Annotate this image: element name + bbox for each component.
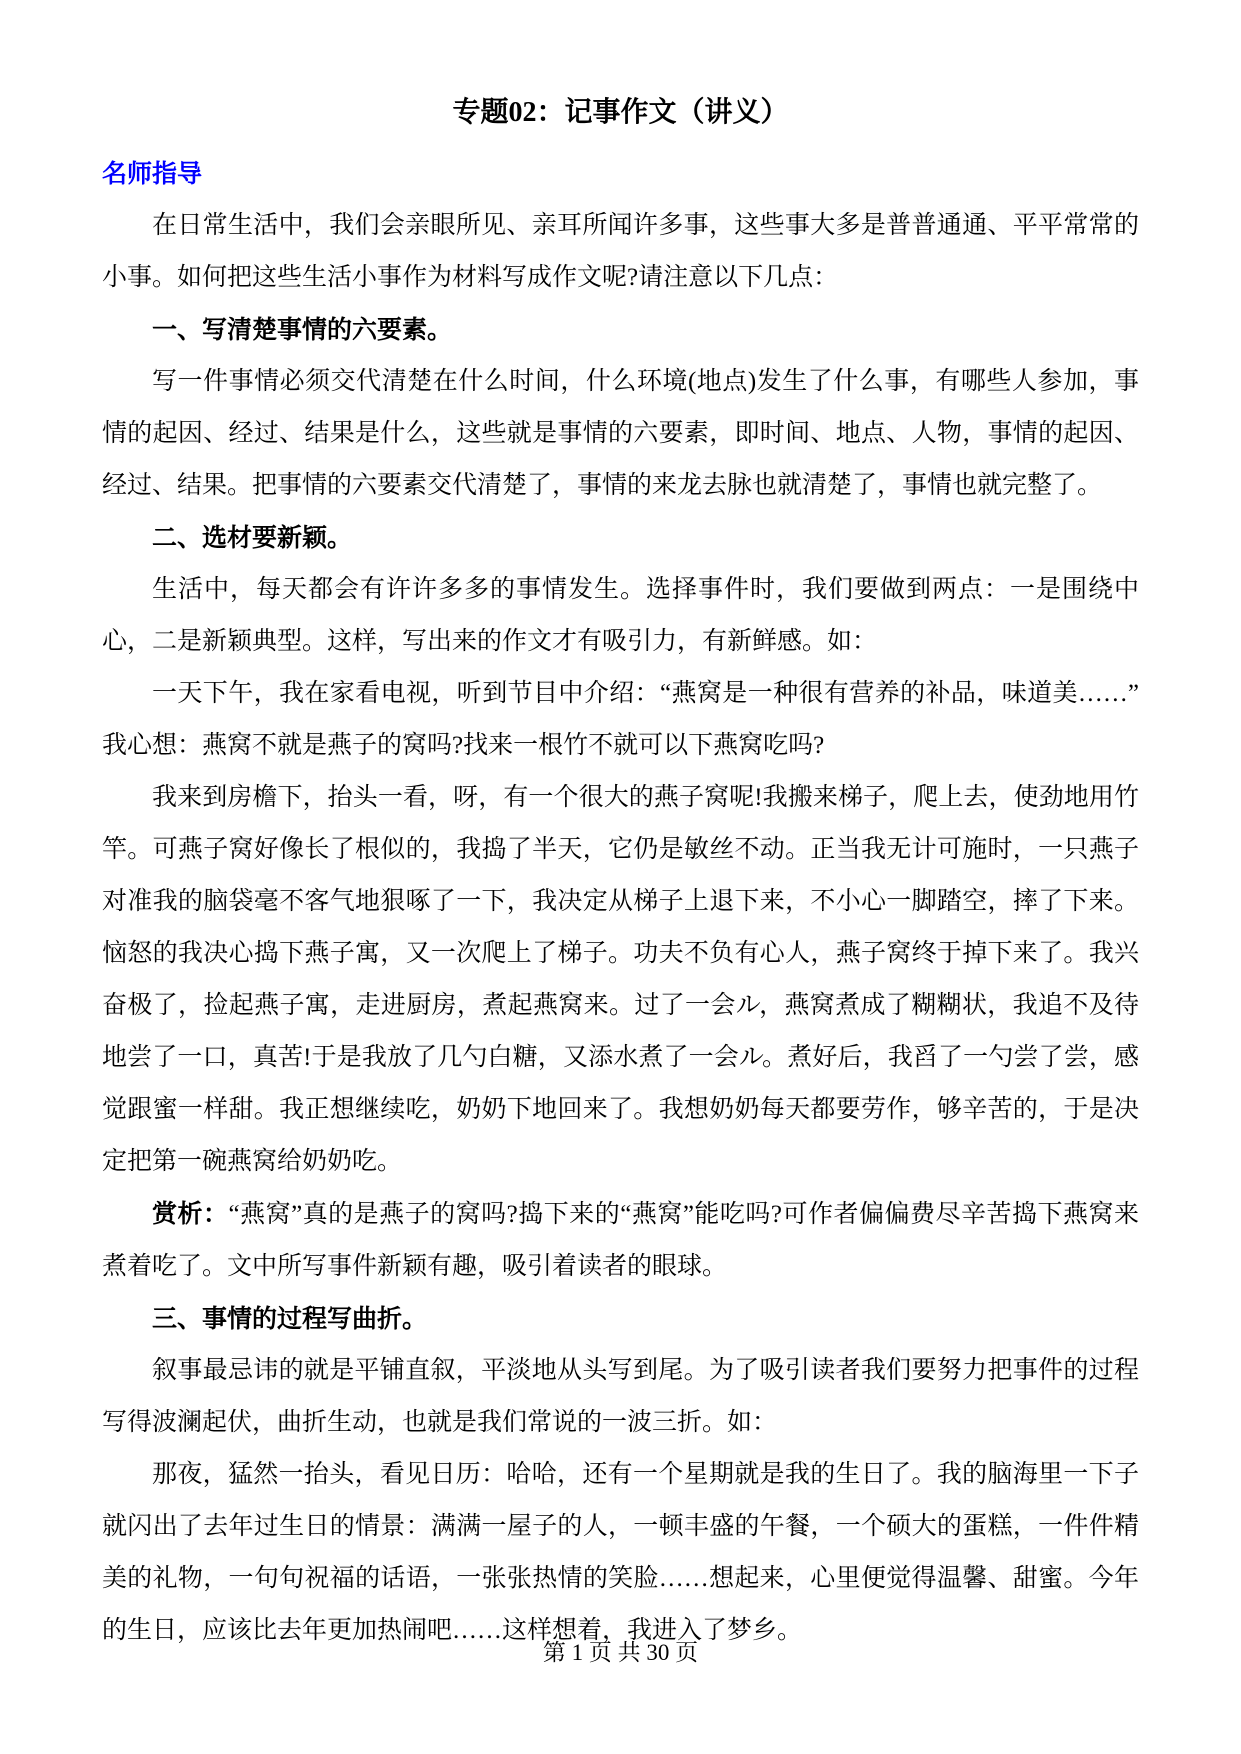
page-footer: 第 1 页 共 30 页 (102, 1638, 1139, 1668)
paragraph-example-swallow-nest-intro: 一天下午，我在家看电视，听到节目中介绍：“燕窝是一种很有营养的补品，味道美……”… (102, 668, 1139, 772)
paragraph-intro: 在日常生活中，我们会亲眼所见、亲耳所闻许多事，这些事大多是普普通通、平平常常的小… (102, 200, 1139, 304)
analysis-lead-label: 赏析： (152, 1200, 229, 1228)
paragraph-six-elements: 写一件事情必须交代清楚在什么时间，什么环境(地点)发生了什么事，有哪些人参加，事… (102, 356, 1139, 512)
section-heading-1: 一、写清楚事情的六要素。 (102, 304, 1139, 356)
section-heading-3: 三、事情的过程写曲折。 (102, 1293, 1139, 1345)
document-page: 专题02：记事作文（讲义） 名师指导 在日常生活中，我们会亲眼所见、亲耳所闻许多… (102, 0, 1139, 1754)
paragraph-example-birthday: 那夜，猛然一抬头，看见日历：哈哈，还有一个星期就是我的生日了。我的脑海里一下子就… (102, 1449, 1139, 1657)
paragraph-narration-twists: 叙事最忌讳的就是平铺直叙，平淡地从头写到尾。为了吸引读者我们要努力把事件的过程写… (102, 1345, 1139, 1449)
paragraph-analysis: 赏析：“燕窝”真的是燕子的窝吗?捣下来的“燕窝”能吃吗?可作者偏偏费尽辛苦捣下燕… (102, 1188, 1139, 1293)
section-heading-2: 二、选材要新颖。 (102, 512, 1139, 564)
blue-heading-mingshi-zhidao: 名师指导 (102, 148, 1139, 200)
page-title: 专题02：记事作文（讲义） (102, 86, 1139, 140)
paragraph-material-selection: 生活中，每天都会有许许多多的事情发生。选择事件时，我们要做到两点：一是围绕中心，… (102, 564, 1139, 668)
analysis-text: “燕窝”真的是燕子的窝吗?捣下来的“燕窝”能吃吗?可作者偏偏费尽辛苦捣下燕窝来煮… (102, 1201, 1139, 1280)
paragraph-example-swallow-nest-story: 我来到房檐下，抬头一看，呀，有一个很大的燕子窝呢!我搬来梯子，爬上去，使劲地用竹… (102, 772, 1139, 1188)
